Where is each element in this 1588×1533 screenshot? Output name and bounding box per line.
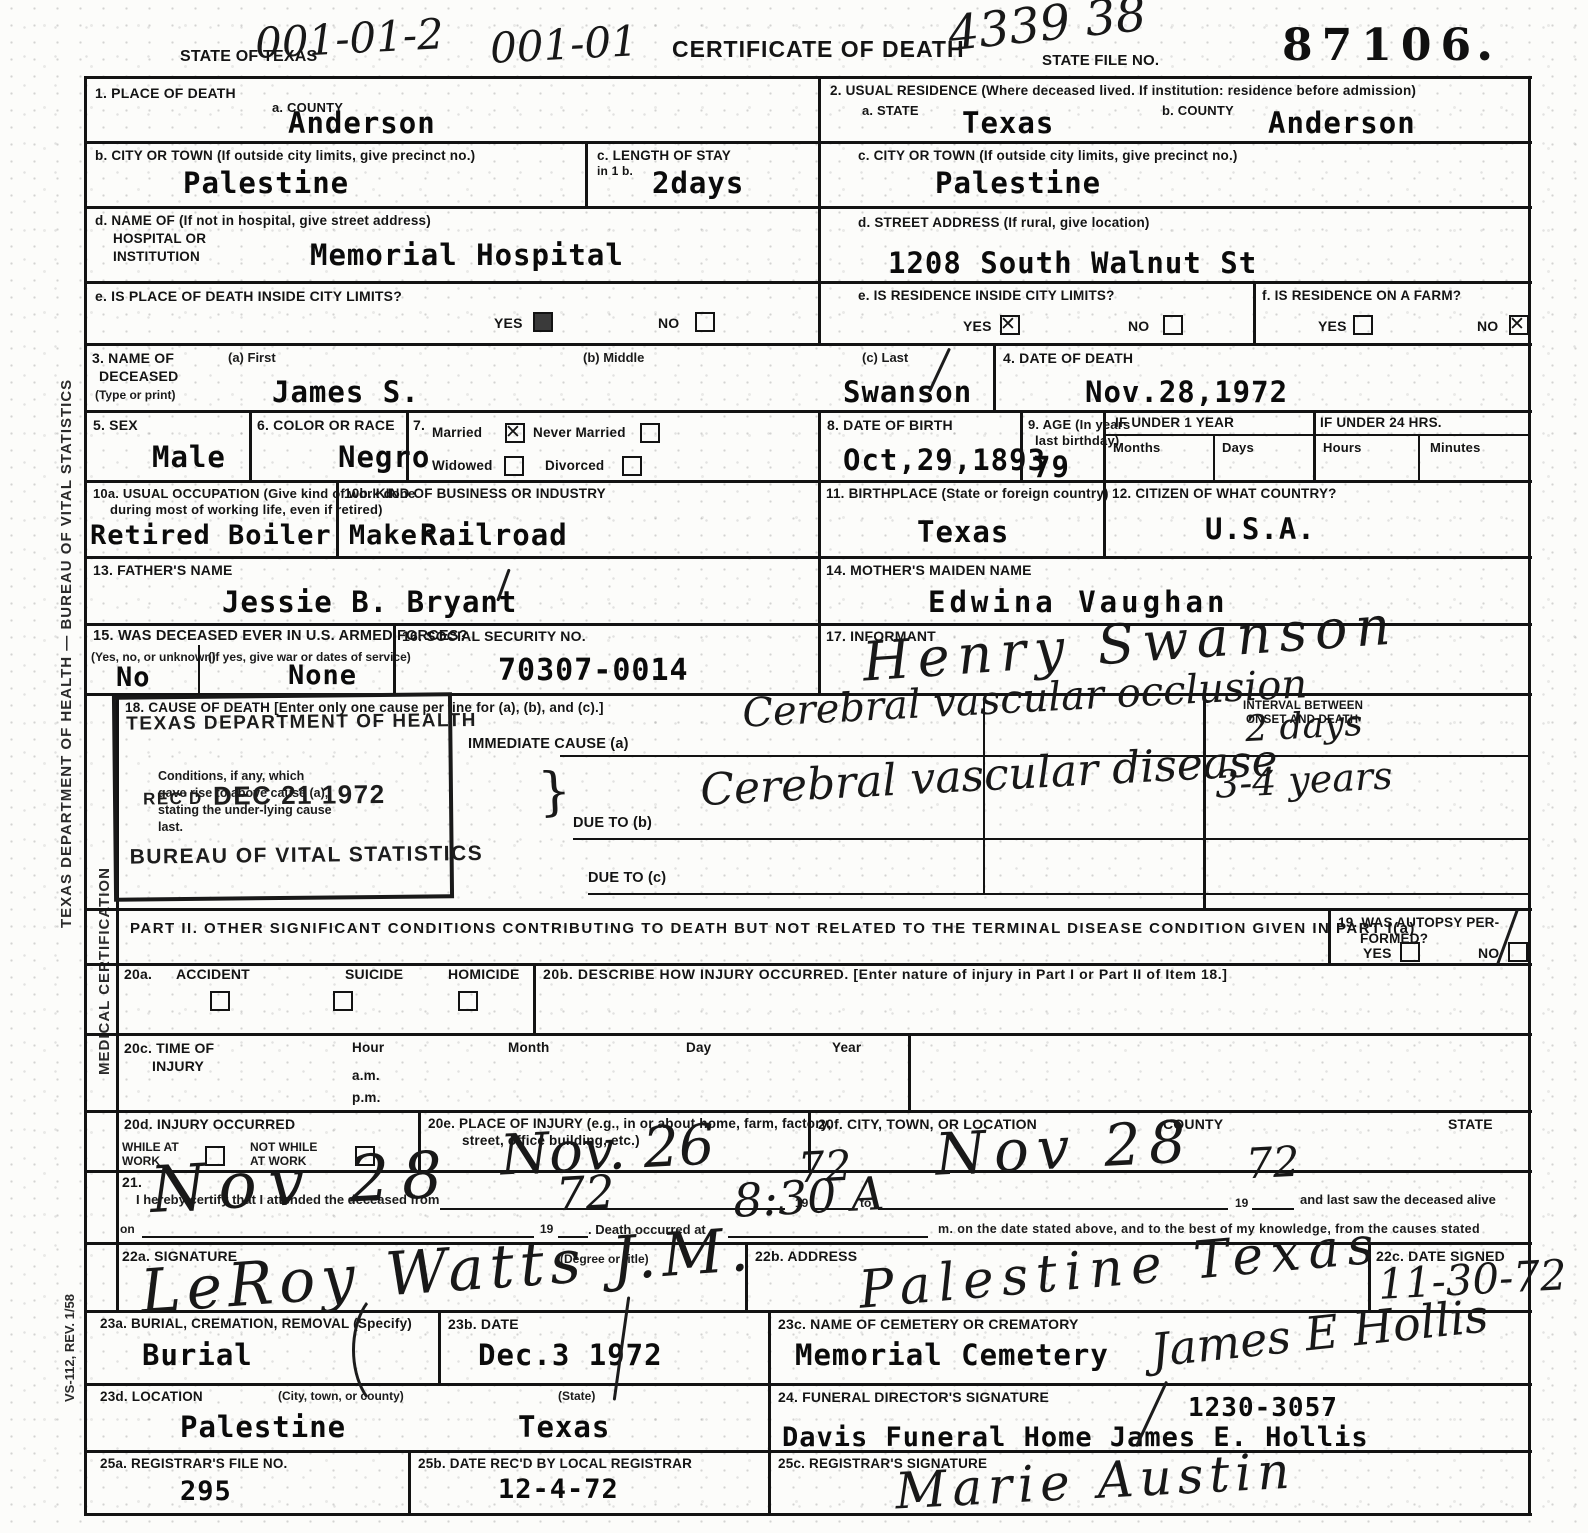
p8-t: 8. DATE OF BIRTH — [827, 417, 953, 433]
p25-a_l: 25a. REGISTRAR'S FILE NO. — [100, 1456, 288, 1471]
grid-line — [249, 412, 252, 482]
hw-interval-b: 3-4 years — [1214, 753, 1394, 806]
p1-city_l: b. CITY OR TOWN (If outside city limits,… — [95, 148, 475, 163]
p3-t1: 3. NAME OF — [92, 350, 174, 366]
grid-line — [585, 143, 588, 207]
p19-t1: 19. WAS AUTOPSY PER- — [1338, 915, 1499, 930]
homicide-checkbox — [458, 991, 478, 1011]
header-file_label: STATE FILE NO. — [1042, 52, 1159, 69]
stamp-recd-date: DEC 21 1972 — [213, 779, 386, 812]
p20-day: Day — [686, 1040, 711, 1055]
hw-last-alive-date: Nov 28 — [148, 1138, 456, 1228]
stamp-bureau-line: BUREAU OF VITAL STATISTICS — [130, 842, 484, 870]
suicide-checkbox — [333, 991, 353, 1011]
p2-t: 2. USUAL RESIDENCE (Where deceased lived… — [830, 83, 1416, 98]
death-certificate-scan: TEXAS DEPARTMENT OF HEALTH REC'D DEC 21 … — [0, 0, 1588, 1533]
grid-line — [1313, 434, 1530, 436]
p2-limits-no-label: NO — [1128, 318, 1149, 334]
left-margin-medical-certification-text: MEDICAL CERTIFICATION — [96, 867, 113, 1075]
p20-year: Year — [832, 1040, 861, 1055]
grid-line — [1103, 434, 1315, 436]
p2-state_l: a. STATE — [862, 103, 919, 118]
p20-c_l1: 20c. TIME OF — [124, 1040, 214, 1056]
grid-line — [878, 1208, 1228, 1210]
grid-line — [85, 963, 1532, 966]
p1-stay: 2days — [652, 166, 744, 200]
p20-a_l: 20a. — [124, 966, 152, 982]
grid-line — [908, 1033, 911, 1112]
marital-widowed-checkbox — [504, 456, 524, 476]
p2-farm_l: f. IS RESIDENCE ON A FARM? — [1262, 288, 1461, 303]
grid-line — [1020, 412, 1023, 482]
grid-line — [1103, 480, 1106, 558]
p23-b: Dec.3 1972 — [478, 1338, 663, 1372]
p15-s1: (Yes, no, or unknown) — [91, 650, 216, 664]
autopsy-no-checkbox — [1508, 942, 1528, 962]
p9-u1: IF UNDER 1 YEAR — [1115, 415, 1234, 430]
residence-citylimits-yes-checkbox — [1000, 315, 1020, 335]
grid-line — [818, 556, 821, 625]
grid-line — [1328, 908, 1331, 965]
p21-y19b: 19 — [1235, 1196, 1248, 1210]
left-margin-department-text: TEXAS DEPARTMENT OF HEALTH — BUREAU OF V… — [58, 379, 75, 928]
grid-line — [768, 1310, 771, 1385]
p20-sui: SUICIDE — [345, 966, 403, 982]
hw-funeral-director-signature: James E Hollis — [1148, 1288, 1490, 1377]
p23-c: Memorial Cemetery — [795, 1338, 1109, 1372]
p1-hosp_l2: HOSPITAL OR — [113, 231, 206, 246]
p21-t: 21. — [122, 1174, 142, 1190]
stamp-dept-line: TEXAS DEPARTMENT OF HEALTH — [126, 710, 477, 736]
p20-c_l2: INJURY — [152, 1058, 204, 1074]
p21-on: on — [120, 1222, 135, 1236]
p3-middle_l: (b) Middle — [583, 350, 644, 365]
p20-d_l: 20d. INJURY OCCURRED — [124, 1116, 295, 1132]
p9-minutes: Minutes — [1430, 440, 1481, 455]
p13-t: 13. FATHER'S NAME — [93, 562, 233, 578]
p9-days: Days — [1222, 440, 1254, 455]
part2-t: PART II. OTHER SIGNIFICANT CONDITIONS CO… — [130, 920, 1416, 937]
grid-line — [1418, 434, 1420, 482]
p20-state: STATE — [1448, 1116, 1493, 1132]
residence-citylimits-no-checkbox — [1163, 315, 1183, 335]
p18-imm_l: IMMEDIATE CAUSE (a) — [468, 736, 629, 752]
p15-v2: None — [288, 660, 357, 691]
grid-line — [1253, 283, 1256, 345]
grid-line — [438, 1310, 441, 1385]
grid-line — [533, 963, 536, 1035]
p6-t: 6. COLOR OR RACE — [257, 417, 395, 433]
p1-county: Anderson — [288, 106, 436, 140]
grid-line — [336, 480, 339, 558]
p25-b: 12-4-72 — [498, 1474, 619, 1505]
left-margin-form-number: VS-112, REV. 1/58 — [62, 1294, 77, 1402]
p1-stay_l2: in 1 b. — [597, 164, 633, 178]
grid-line — [85, 1033, 1532, 1036]
p14-t: 14. MOTHER'S MAIDEN NAME — [826, 562, 1032, 578]
hw-attended-to-year: 72 — [1245, 1137, 1301, 1189]
p2-limits-yes-label: YES — [963, 318, 992, 334]
grid-line — [85, 141, 1532, 144]
p2-street: 1208 South Walnut St — [888, 246, 1257, 280]
hw-registrar-signature: Marie Austin — [894, 1442, 1297, 1521]
stamp-recd-label: REC'D — [143, 789, 203, 810]
grid-line — [85, 343, 1532, 346]
grid-line — [85, 206, 1532, 209]
grid-line — [818, 412, 821, 482]
hw-signature-loop — [352, 1288, 428, 1412]
p4-date: Nov.28,1972 — [1085, 375, 1288, 409]
p11-v: Texas — [917, 515, 1009, 549]
p5-v: Male — [152, 440, 226, 474]
p19-no-label: NO — [1478, 945, 1499, 961]
p2-street_l: d. STREET ADDRESS (If rural, give locati… — [858, 215, 1150, 230]
p1-city: Palestine — [183, 166, 349, 200]
p7-t: 7. — [413, 417, 425, 433]
p1-hosp_l3: INSTITUTION — [113, 249, 200, 264]
grid-line — [1213, 434, 1215, 482]
residence-farm-no-checkbox — [1509, 315, 1529, 335]
p20-pm: p.m. — [352, 1090, 381, 1105]
marital-married-checkbox — [505, 423, 525, 443]
grid-line — [85, 1513, 1532, 1516]
marital-never-married-checkbox — [640, 423, 660, 443]
p7-never: Never Married — [533, 425, 626, 440]
p2-farm-yes-label: YES — [1318, 318, 1347, 334]
p24-phone: 1230-3057 — [1188, 1393, 1338, 1423]
hw-death-time: 8:30 A — [732, 1166, 886, 1228]
p19-yes-label: YES — [1363, 945, 1392, 961]
p8-v: Oct,29,1893 — [843, 443, 1046, 477]
p25-b_l: 25b. DATE REC'D BY LOCAL REGISTRAR — [418, 1456, 692, 1471]
received-stamp: TEXAS DEPARTMENT OF HEALTH REC'D DEC 21 … — [112, 692, 454, 902]
grid-line — [85, 1450, 1532, 1453]
p12-t: 12. CITIZEN OF WHAT COUNTRY? — [1112, 486, 1337, 501]
grid-line — [1103, 412, 1106, 482]
file-number-ink-mark: ● — [1478, 42, 1492, 68]
p23-c_l: 23c. NAME OF CEMETERY OR CREMATORY — [778, 1316, 1079, 1332]
p1-hosp_l1: d. NAME OF (If not in hospital, give str… — [95, 213, 431, 228]
p23-state: Texas — [518, 1410, 610, 1444]
p2-city: Palestine — [935, 166, 1101, 200]
p3-t3: (Type or print) — [95, 388, 175, 402]
p1-hospital: Memorial Hospital — [310, 238, 624, 272]
p20-am: a.m. — [352, 1068, 380, 1083]
p10-a_l2: during most of working life, even if ret… — [110, 502, 383, 517]
p11-t: 11. BIRTHPLACE (State or foreign country… — [826, 486, 1109, 501]
residence-farm-yes-checkbox — [1353, 315, 1373, 335]
p16-v: 70307-0014 — [498, 653, 689, 688]
grid-line — [85, 1383, 1532, 1386]
p20-b_l: 20b. DESCRIBE HOW INJURY OCCURRED. [Ente… — [543, 966, 1228, 982]
hw-cause-b: Cerebral vascular disease — [699, 735, 1279, 816]
p2-farm-no-label: NO — [1477, 318, 1498, 334]
p5-t: 5. SEX — [93, 417, 138, 433]
grid-line — [406, 412, 409, 482]
grid-line — [818, 76, 821, 345]
grid-line — [85, 623, 1532, 626]
grid-line — [588, 893, 1530, 895]
p23-d_l: 23d. LOCATION — [100, 1389, 203, 1404]
p3-last: Swanson — [843, 375, 972, 409]
p9-v: 79 — [1033, 450, 1070, 484]
p20-acc: ACCIDENT — [176, 966, 250, 982]
grid-line — [408, 1450, 411, 1515]
p6-v: Negro — [338, 440, 430, 474]
hw-code-2: 001-01 — [489, 16, 639, 73]
p18-due_b_l: DUE TO (b) — [573, 815, 652, 831]
grid-line — [768, 1383, 771, 1452]
place-death-citylimits-yes-checkbox — [533, 312, 553, 332]
p21-c2: and last saw the deceased alive — [1300, 1192, 1496, 1207]
p10-b_l: 10b. KIND OF BUSINESS OR INDUSTRY — [344, 486, 606, 501]
p23-a: Burial — [142, 1338, 253, 1372]
p20-hour: Hour — [352, 1040, 384, 1055]
grid-line — [818, 480, 821, 558]
p2-city_l: c. CITY OR TOWN (If outside city limits,… — [858, 148, 1238, 163]
p23-d_s2: (State) — [558, 1389, 595, 1403]
printed-brace: } — [536, 761, 572, 823]
grid-line — [728, 1236, 928, 1238]
p9-u24: IF UNDER 24 HRS. — [1320, 415, 1442, 430]
p12-v: U.S.A. — [1205, 512, 1316, 546]
p7-divorced: Divorced — [545, 458, 604, 473]
p1-stay_l1: c. LENGTH OF STAY — [597, 148, 731, 163]
accident-checkbox — [210, 991, 230, 1011]
p4-t: 4. DATE OF DEATH — [1003, 350, 1133, 366]
p2-county: Anderson — [1268, 106, 1416, 140]
p10-b: Railroad — [420, 518, 568, 552]
hw-code-1: 001-01-2 — [254, 9, 445, 68]
p7-married: Married — [432, 425, 482, 440]
grid-line — [85, 281, 1532, 284]
p2-state: Texas — [962, 106, 1054, 140]
p24-t: 24. FUNERAL DIRECTOR'S SIGNATURE — [778, 1389, 1049, 1405]
place-death-citylimits-no-checkbox — [695, 312, 715, 332]
grid-line — [198, 645, 200, 695]
p3-t2: DECEASED — [99, 368, 178, 384]
p1-limits-yes-label: YES — [494, 315, 523, 331]
p3-last_l: (c) Last — [862, 350, 908, 365]
p3-first_l: (a) First — [228, 350, 276, 365]
p22-b_l: 22b. ADDRESS — [755, 1248, 857, 1264]
grid-line — [1313, 412, 1316, 482]
p9-months: Months — [1113, 440, 1160, 455]
p10-a: Retired Boiler Maker — [90, 520, 435, 551]
hw-last-alive-year: 72 — [555, 1165, 616, 1222]
state-file-number: 87106 — [1282, 20, 1480, 71]
p25-a: 295 — [180, 1476, 232, 1507]
grid-line — [818, 623, 821, 695]
p13-v: Jessie B. Bryant — [222, 585, 517, 619]
grid-line — [85, 556, 1532, 559]
p1-limits_l: e. IS PLACE OF DEATH INSIDE CITY LIMITS? — [95, 288, 402, 304]
p3-first: James S. — [272, 375, 420, 409]
p23-city: Palestine — [180, 1410, 346, 1444]
marital-divorced-checkbox — [622, 456, 642, 476]
grid-line — [85, 908, 1532, 911]
grid-line — [85, 76, 1532, 79]
grid-line — [768, 1450, 771, 1515]
p20-month: Month — [508, 1040, 549, 1055]
p2-limits_l: e. IS RESIDENCE INSIDE CITY LIMITS? — [858, 288, 1115, 303]
grid-line — [393, 623, 396, 695]
p7-widowed: Widowed — [432, 458, 493, 473]
hw-attended-to: Nov 28 — [933, 1107, 1195, 1188]
autopsy-yes-checkbox — [1400, 942, 1420, 962]
p1-t: 1. PLACE OF DEATH — [95, 85, 236, 101]
page-title: CERTIFICATE OF DEATH — [672, 36, 965, 63]
p18-due_c_l: DUE TO (c) — [588, 870, 666, 886]
grid-line — [1252, 1208, 1294, 1210]
p2-county_l: b. COUNTY — [1162, 103, 1234, 118]
grid-line — [993, 345, 996, 412]
grid-line — [573, 838, 1530, 840]
grid-line — [1203, 693, 1206, 910]
p16-t: 16. SOCIAL SECURITY NO. — [402, 628, 586, 644]
p23-b_l: 23b. DATE — [448, 1316, 519, 1332]
grid-line — [84, 76, 87, 1516]
p9-hours: Hours — [1323, 440, 1362, 455]
p1-limits-no-label: NO — [658, 315, 679, 331]
p20-hom: HOMICIDE — [448, 966, 520, 982]
p15-v1: No — [116, 662, 151, 693]
